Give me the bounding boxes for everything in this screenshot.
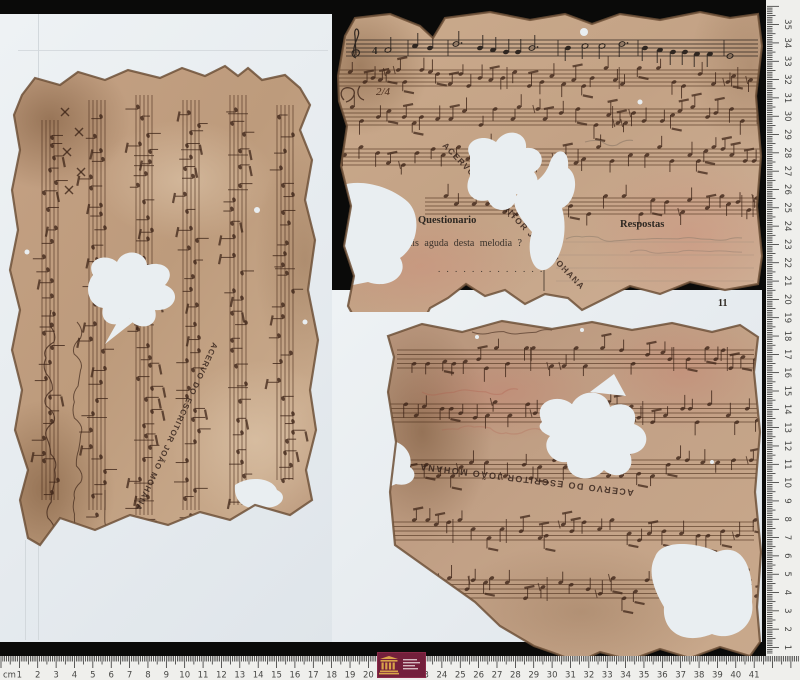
ruler-number: 32 — [583, 671, 594, 680]
building-icon — [378, 653, 425, 677]
ruler-number: 24 — [436, 671, 447, 680]
manuscript-fragment-bottom-right: ACERVO DO ESCRITOR JOÃO MOHANA — [382, 312, 764, 668]
ruler-number: 14 — [253, 671, 264, 680]
ruler-number: 7 — [127, 671, 132, 680]
ruler-number: 8 — [782, 517, 792, 522]
ruler-number: 9 — [164, 671, 169, 680]
ruler-number: 10 — [782, 477, 792, 488]
ruler-number: 3 — [53, 671, 58, 680]
ruler-number: 35 — [639, 671, 650, 680]
ruler-number: 29 — [528, 671, 539, 680]
ruler-number: 15 — [271, 671, 282, 680]
ruler-number: 13 — [782, 422, 792, 433]
ruler-number: 35 — [782, 19, 792, 30]
ruler-number: 18 — [782, 331, 792, 342]
ruler-number: 16 — [782, 367, 792, 378]
ruler-number: 33 — [602, 671, 613, 680]
ruler-number: 4 — [782, 590, 792, 595]
ruler-number: 3 — [782, 608, 792, 613]
ruler-number: 19 — [782, 312, 792, 323]
ruler-number: 2 — [782, 626, 792, 631]
ruler-number: 17 — [308, 671, 319, 680]
ruler-number: 6 — [109, 671, 114, 680]
ruler-number: 12 — [782, 441, 792, 452]
ruler-number: 26 — [782, 184, 792, 195]
question-text: mais aguda desta melodia ? — [400, 238, 523, 249]
backing-fold-line — [18, 50, 328, 51]
ruler-number: 28 — [510, 671, 521, 680]
ruler-number: 40 — [730, 671, 741, 680]
ruler-number: 21 — [782, 276, 792, 287]
ruler-number: 11 — [782, 459, 792, 470]
ruler-number: 13 — [234, 671, 245, 680]
ruler-number: 25 — [782, 202, 792, 213]
ruler-number: 10 — [179, 671, 190, 680]
ruler-number: 19 — [345, 671, 356, 680]
archive-logo — [377, 652, 426, 678]
ruler-number: 2 — [35, 671, 40, 680]
ruler-number: 31 — [782, 92, 792, 103]
ruler-number: 11 — [198, 671, 209, 680]
ruler-number: 30 — [547, 671, 558, 680]
ruler-number: 6 — [782, 553, 792, 558]
manuscript-fragment-left: ACERVO DO ESCRITOR JOÃO MOHANA — [5, 60, 335, 560]
ruler-number: 18 — [326, 671, 337, 680]
ruler-number: 25 — [455, 671, 466, 680]
ruler-number: 27 — [492, 671, 503, 680]
ruler-number: 20 — [782, 294, 792, 305]
ruler-number: 24 — [782, 221, 792, 232]
ruler-number: 12 — [216, 671, 227, 680]
questionnaire-heading: Questionario — [418, 215, 476, 226]
printed-time-signature: 4 — [372, 45, 378, 57]
ruler-number: 7 — [782, 535, 792, 540]
ruler-number: 30 — [782, 111, 792, 122]
ruler-number: 22 — [782, 257, 792, 268]
ruler-number: 23 — [782, 239, 792, 250]
ruler-number: 15 — [782, 386, 792, 397]
ruler-number: 26 — [473, 671, 484, 680]
ruler-number: 38 — [694, 671, 705, 680]
archival-scan: ACERVO DO ESCRITOR JOÃO MOHANA — [0, 0, 800, 680]
ruler-number: 27 — [782, 166, 792, 177]
page-number: 11 — [718, 298, 727, 309]
right-ruler: 1234567891011121314151617181920212223242… — [766, 0, 800, 656]
ruler-number: 4 — [72, 671, 77, 680]
manuscript-fragment-top-right: 4 2/4 ACERVO DO ESCRITOR JOÃO MOHANA Que… — [330, 6, 764, 312]
ruler-number: 1 — [782, 645, 792, 650]
ruler-number: 8 — [145, 671, 150, 680]
ruler-number: 9 — [782, 498, 792, 503]
ruler-number: 1 — [17, 671, 22, 680]
ruler-number: 32 — [782, 74, 792, 85]
ruler-number: 34 — [620, 671, 631, 680]
ruler-number: 20 — [363, 671, 374, 680]
ruler-number: 36 — [657, 671, 668, 680]
handwritten-time-signature: 2/4 — [376, 86, 391, 98]
ruler-number: 41 — [749, 671, 760, 680]
ruler-number: 5 — [782, 571, 792, 576]
ruler-number: 31 — [565, 671, 576, 680]
answer-dots: . . . . . . . . . . . . . — [438, 264, 544, 274]
ruler-number: 16 — [290, 671, 301, 680]
ruler-number: 29 — [782, 129, 792, 140]
ruler-number: 5 — [90, 671, 95, 680]
ruler-number: 39 — [712, 671, 723, 680]
ruler-number: 28 — [782, 147, 792, 158]
ruler-number: 34 — [782, 38, 792, 49]
ruler-number: 37 — [675, 671, 686, 680]
ruler-unit-label: cm — [3, 671, 16, 680]
ruler-number: 33 — [782, 56, 792, 67]
respostas-heading: Respostas — [620, 219, 664, 230]
ruler-number: 17 — [782, 349, 792, 360]
ruler-number: 14 — [782, 404, 792, 415]
